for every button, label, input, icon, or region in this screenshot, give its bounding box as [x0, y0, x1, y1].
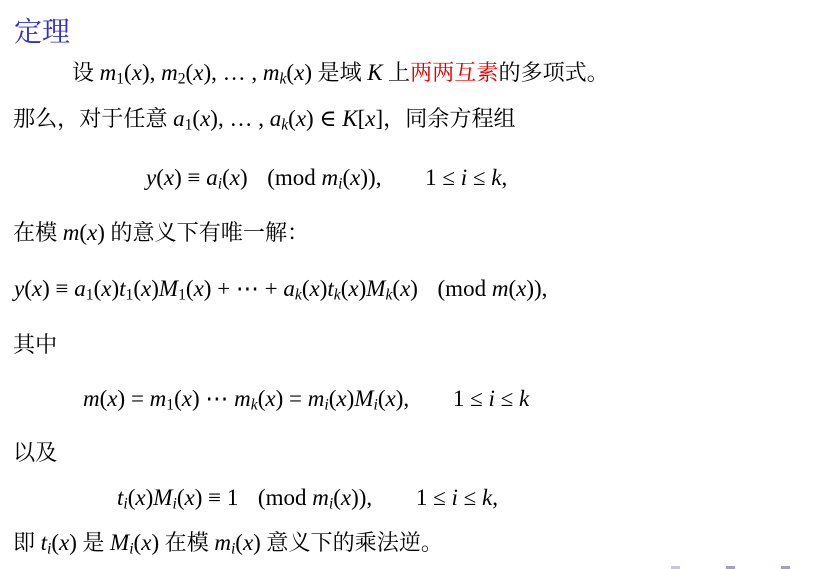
- math-text: x: [365, 106, 375, 131]
- math-text: k: [295, 286, 302, 303]
- math-text: a: [270, 106, 282, 131]
- math-text: (: [508, 276, 516, 301]
- math-text: x: [194, 276, 204, 301]
- math-text: m: [63, 220, 80, 245]
- theorem-intro-line-1: 设 m1(x), m2(x), … , mk(x) 是域 K 上两两互素的多项式…: [72, 57, 609, 90]
- math-text: m: [308, 386, 325, 411]
- math-text: (mod: [267, 165, 321, 190]
- modulus-product-equation: m(x) = m1(x) ⋯ mk(x) = mi(x)Mi(x),1 ≤ i …: [83, 383, 529, 416]
- math-text: ,: [502, 165, 508, 190]
- cjk-text: ，同余方程组: [383, 106, 515, 131]
- math-text: (: [174, 386, 182, 411]
- math-text: ),: [142, 60, 161, 85]
- theorem-intro-line-2: 那么，对于任意 a1(x), … , ak(x) ∈ K[x]，同余方程组: [13, 103, 516, 136]
- math-text: x: [243, 530, 253, 555]
- math-text: )),: [360, 165, 381, 190]
- math-text: (: [192, 106, 200, 131]
- math-text: (: [51, 530, 59, 555]
- math-text: ): [151, 530, 159, 555]
- math-text: 1 ≤: [453, 386, 489, 411]
- congruence-system-equation: y(x) ≡ ai(x)(mod mi(x)),1 ≤ i ≤ k,: [146, 162, 507, 195]
- math-text: x: [141, 530, 151, 555]
- math-text: M: [110, 530, 129, 555]
- math-text: a: [283, 276, 295, 301]
- math-text: K: [342, 106, 357, 131]
- math-text: x: [336, 386, 346, 411]
- cjk-text: 其中: [13, 332, 57, 357]
- cjk-text: 的意义下有唯一解：: [105, 220, 309, 245]
- math-text: x: [107, 386, 117, 411]
- math-text: y: [14, 276, 24, 301]
- math-text: ), … ,: [210, 106, 269, 131]
- math-text: (: [222, 165, 230, 190]
- solution-formula-equation: y(x) ≡ a1(x)t1(x)M1(x) + ⋯ + ak(x)tk(x)M…: [14, 273, 547, 306]
- math-text: 1 ≤: [416, 485, 452, 510]
- math-text: x: [32, 276, 42, 301]
- math-text: m: [150, 386, 167, 411]
- math-text: ): [111, 276, 119, 301]
- math-text: 1: [178, 286, 186, 303]
- math-text: 1: [86, 286, 94, 303]
- math-text: ): [69, 530, 77, 555]
- math-text: 1: [116, 70, 124, 87]
- math-text: (: [378, 386, 386, 411]
- math-text: (mod: [258, 485, 312, 510]
- math-text: m: [322, 165, 339, 190]
- math-text: k: [334, 286, 341, 303]
- math-text: (: [235, 530, 243, 555]
- math-text: m: [234, 386, 251, 411]
- unique-solution-line: 在模 m(x) 的意义下有唯一解：: [13, 217, 309, 248]
- math-text: ): [42, 276, 50, 301]
- math-text: (: [186, 276, 194, 301]
- math-text: ): [240, 165, 248, 190]
- math-text: M: [153, 485, 172, 510]
- math-text: m: [492, 276, 509, 301]
- math-text: x: [184, 485, 194, 510]
- math-text: x: [132, 60, 142, 85]
- math-text: )),: [351, 485, 372, 510]
- where-label: 其中: [13, 329, 57, 360]
- math-text: x: [193, 60, 203, 85]
- math-text: M: [159, 276, 178, 301]
- math-text: k: [519, 386, 529, 411]
- math-text: (: [392, 276, 400, 301]
- math-text: k: [251, 396, 258, 413]
- math-text: (: [124, 60, 132, 85]
- math-text: m: [83, 386, 100, 411]
- math-text: ): [253, 530, 261, 555]
- math-text: ): [304, 60, 312, 85]
- math-text: 1: [166, 396, 174, 413]
- math-text: k: [491, 165, 501, 190]
- math-text: (mod: [438, 276, 492, 301]
- cjk-text: 即: [13, 530, 41, 555]
- math-text: ≤: [495, 386, 519, 411]
- math-text: x: [386, 386, 396, 411]
- math-text: x: [296, 106, 306, 131]
- math-text: m: [100, 60, 117, 85]
- math-text: x: [141, 276, 151, 301]
- math-text: ): [151, 276, 159, 301]
- math-text: =: [125, 386, 149, 411]
- slide-title: 定理: [14, 10, 70, 50]
- math-text: + ⋯ +: [211, 276, 283, 301]
- math-text: =: [283, 386, 307, 411]
- math-text: K: [367, 60, 382, 85]
- math-text: ≤: [467, 165, 491, 190]
- math-text: a: [173, 106, 185, 131]
- math-text: ≡: [50, 276, 74, 301]
- math-text: m: [161, 60, 178, 85]
- math-text: k: [482, 485, 492, 510]
- math-text: (: [302, 276, 310, 301]
- math-text: y: [146, 165, 156, 190]
- math-text: x: [350, 165, 360, 190]
- theorem-slide: 定理 设 m1(x), m2(x), … , mk(x) 是域 K 上两两互素的…: [0, 0, 815, 569]
- math-text: ): [410, 276, 418, 301]
- inverse-explanation-line: 即 ti(x) 是 Mi(x) 在模 mi(x) 意义下的乘法逆。: [13, 527, 443, 560]
- cjk-text: 的多项式。: [498, 60, 608, 85]
- cjk-text: 那么，对于任意: [13, 106, 173, 131]
- and-label: 以及: [13, 437, 57, 468]
- math-text: x: [516, 276, 526, 301]
- math-text: (: [133, 276, 141, 301]
- math-text: x: [310, 276, 320, 301]
- math-text: x: [341, 485, 351, 510]
- math-text: ]: [375, 106, 383, 131]
- math-text: x: [59, 530, 69, 555]
- cjk-text: 在模: [13, 220, 63, 245]
- math-text: ,: [492, 485, 498, 510]
- math-text: (: [288, 106, 296, 131]
- math-text: a: [206, 165, 218, 190]
- cjk-text: 上: [383, 60, 411, 85]
- math-text: (: [333, 485, 341, 510]
- math-text: x: [135, 485, 145, 510]
- cjk-text: 设: [72, 60, 100, 85]
- math-text: )),: [526, 276, 547, 301]
- math-text: ),: [396, 386, 409, 411]
- inverse-congruence-equation: ti(x)Mi(x) ≡ 1(mod mi(x)),1 ≤ i ≤ k,: [117, 482, 498, 515]
- math-text: ): [306, 106, 314, 131]
- math-text: ∈: [314, 106, 343, 131]
- math-text: ): [192, 386, 200, 411]
- math-text: a: [74, 276, 86, 301]
- math-text: ≡ 1: [202, 485, 238, 510]
- math-text: ): [174, 165, 182, 190]
- math-text: x: [265, 386, 275, 411]
- math-text: M: [354, 386, 373, 411]
- math-text: ≤: [458, 485, 482, 510]
- math-text: x: [400, 276, 410, 301]
- emphasis-red-text: 两两互素: [410, 60, 498, 85]
- math-text: x: [101, 276, 111, 301]
- math-text: x: [164, 165, 174, 190]
- math-text: M: [366, 276, 385, 301]
- math-text: (: [156, 165, 164, 190]
- math-text: x: [348, 276, 358, 301]
- cjk-text: 意义下的乘法逆。: [261, 530, 443, 555]
- math-text: ⋯: [200, 386, 235, 411]
- cjk-text: 是域: [312, 60, 367, 85]
- math-text: x: [294, 60, 304, 85]
- math-text: 2: [178, 70, 186, 87]
- math-text: ≡: [182, 165, 206, 190]
- math-text: x: [87, 220, 97, 245]
- math-text: (: [286, 60, 294, 85]
- math-text: (: [24, 276, 32, 301]
- math-text: ), … ,: [203, 60, 262, 85]
- math-text: x: [182, 386, 192, 411]
- math-text: x: [230, 165, 240, 190]
- math-text: m: [214, 530, 231, 555]
- math-text: ): [97, 220, 105, 245]
- math-text: x: [200, 106, 210, 131]
- math-text: 1 ≤: [425, 165, 461, 190]
- cjk-text: 是: [77, 530, 110, 555]
- cjk-text: 以及: [13, 440, 57, 465]
- math-text: m: [263, 60, 280, 85]
- cjk-text: 在模: [159, 530, 214, 555]
- math-text: m: [312, 485, 329, 510]
- math-text: (: [79, 220, 87, 245]
